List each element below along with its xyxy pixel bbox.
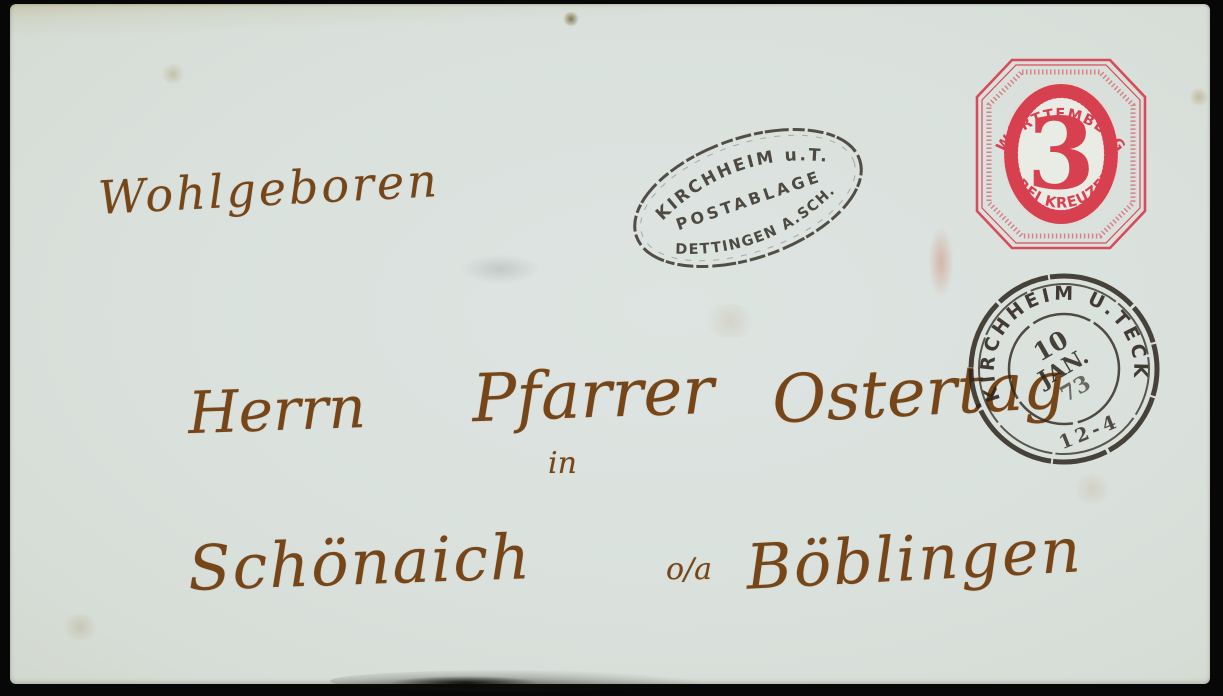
foxing-spot [562,12,580,26]
handwritten-preposition: in [548,446,577,481]
handwritten-honorific: Wohlgeboren [97,153,441,225]
cds-datestamp: KIRCHHEIM U.TECK 10 JAN. 73 12-4 [962,267,1166,471]
handwritten-district-abbreviation: o/a [666,552,712,587]
red-ink-streak [928,226,954,298]
handwritten-district: Böblingen [744,513,1084,604]
handwritten-title: Herrn [187,373,367,447]
envelope: Wohlgeboren Herrn Pfarrer Ostertag in Sc… [10,4,1210,684]
grey-smudge [460,254,540,284]
oval-postablage-postmark: KIRCHHEIM u.T. POSTABLAGE DETTINGEN A.SC… [608,102,888,294]
foxing-spot [160,64,186,84]
imprint-stamp: WÜRTTEMBERG DREI KREUZER 3 [972,54,1150,254]
handwritten-occupation: Pfarrer [471,352,715,437]
bottom-edge-smudge [390,676,540,690]
foxing-spot [1188,88,1210,106]
photo-frame: { "colors": { "paper": "#dbe1dd", "stamp… [0,0,1223,696]
foxing-spot [1070,474,1114,504]
foxing-spot [60,614,100,640]
handwritten-village: Schönaich [187,520,533,605]
foxing-spot [700,304,760,338]
bottom-edge-smudge [330,670,700,692]
stamp-numeral: 3 [1027,97,1095,212]
